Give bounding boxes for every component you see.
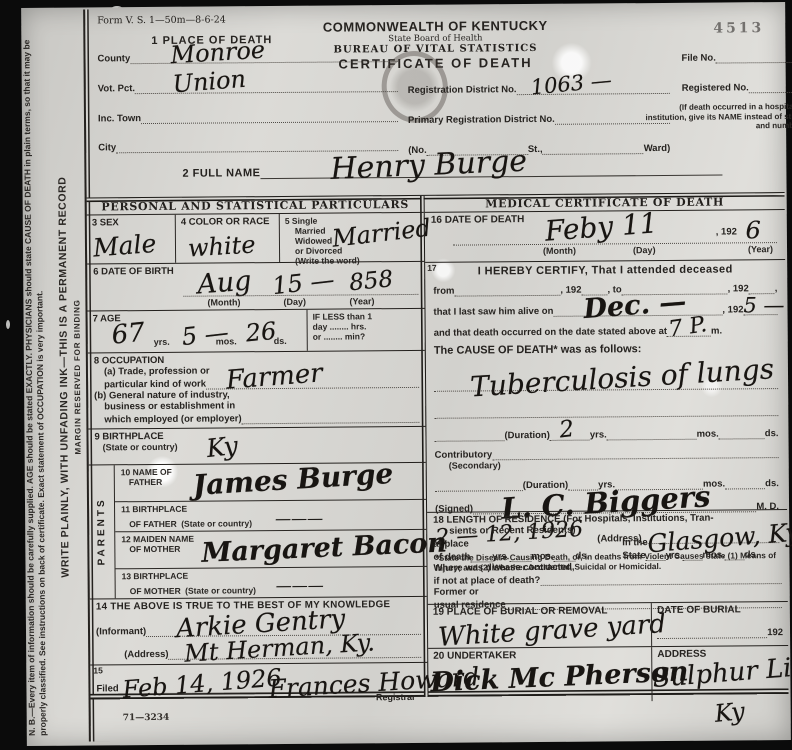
burial-title: 19 PLACE OF BURIAL OR REMOVAL <box>433 605 646 618</box>
informant-address-label: (Address) <box>124 649 168 660</box>
sex-race-marital-row: 3 SEX Male 4 COLOR OR RACE white 5 Singl… <box>87 213 424 265</box>
file-no-line <box>716 50 792 64</box>
occupation-a-line2: particular kind of work <box>104 379 206 391</box>
mother-birthplace-row: 13 BIRTHPLACE OF MOTHER (State or countr… <box>116 567 427 599</box>
parents-section: PARENTS 10 NAME OF FATHER James Burge 11… <box>89 463 427 600</box>
state-ds-label: ds. <box>745 549 759 560</box>
certify-to-line <box>622 281 728 295</box>
registration-district-line: 1063 — <box>516 81 669 95</box>
state-yrs-label: yrs. <box>666 550 683 561</box>
duration-mos-label: mos. <box>697 429 719 440</box>
particulars-table: PERSONAL AND STATISTICAL PARTICULARS 3 S… <box>87 192 789 699</box>
duration-label: (Duration) <box>504 430 549 441</box>
street-ward-label: Ward) <box>644 143 671 154</box>
vot-pct-handwritten-value: Union <box>172 67 247 97</box>
duration2-yrs-label: yrs. <box>598 479 615 490</box>
dod-year-print: , 192 <box>716 226 737 237</box>
dod-sub-month: (Month) <box>543 246 576 256</box>
place-of-death-title: 1 PLACE OF DEATH <box>151 34 272 47</box>
burial-date-label: DATE OF BURIAL <box>657 604 783 616</box>
res-yrs-label: yrs. <box>492 551 509 562</box>
attest-title: 14 THE ABOVE IS TRUE TO THE BEST OF MY K… <box>96 599 421 613</box>
registered-no-line <box>749 80 792 93</box>
primary-district-label: Primary Registration District No. <box>408 114 555 126</box>
full-name-line: Henry Burge <box>260 163 722 180</box>
informant-label: (Informant) <box>96 626 146 637</box>
father-name-row: 10 NAME OF FATHER James Burge <box>115 463 426 502</box>
res-yrs-line <box>470 549 492 562</box>
birthplace-sub-label: (State or country) <box>95 440 420 453</box>
vot-pct-label: Vot. Pct. <box>98 83 135 94</box>
scan-speck <box>6 320 10 329</box>
occurred-time-handwritten: 7 P. <box>668 314 709 341</box>
occurred-time-line: 7 P. <box>667 324 711 337</box>
mother-name-row: 12 MAIDEN NAME OF MOTHER Margaret Bacon <box>115 530 426 569</box>
father-bp-label2: OF FATHER <box>121 519 177 529</box>
duration-years-line: 2 <box>550 428 590 441</box>
scanned-photo-frame: N. B.—Every item of information should b… <box>0 0 792 750</box>
dob-sub-year: (Year) <box>349 296 374 306</box>
city-line <box>116 138 398 153</box>
age-ds-label: ds. <box>274 336 287 346</box>
secondary-label: (Secondary) <box>435 458 779 471</box>
res-mos-line <box>509 549 531 562</box>
res-ds-label: ds. <box>575 551 589 562</box>
cause-handwritten-value: Tuberculosis of lungs <box>469 355 774 401</box>
duration2-ds-line <box>725 476 765 489</box>
commonwealth-title: COMMONWEALTH OF KENTUCKY <box>295 18 575 35</box>
duration2-mos-line <box>615 477 703 491</box>
dob-label: 6 DATE OF BIRTH <box>93 264 418 278</box>
state-mos-label: mos. <box>702 550 724 561</box>
residence-section: 18 LENGTH OF RESIDENCE (For Hospitals, I… <box>427 510 788 605</box>
mother-bp-label3: (State or country) <box>185 585 256 596</box>
race-label: 4 COLOR OR RACE <box>181 216 274 228</box>
certify-192a: , 192 <box>560 285 581 296</box>
form-header: Form V. S. 1—50m—8-6-24 COMMONWEALTH OF … <box>85 4 784 197</box>
street-no-line <box>427 142 528 156</box>
state-mos-line <box>682 548 702 561</box>
last-saw-year-handwritten: 5 — <box>743 295 784 316</box>
birthplace-row: 9 BIRTHPLACE (State or country) Ky <box>88 427 425 466</box>
last-saw-year-print: , 192 <box>722 304 743 315</box>
file-no-label: File No. <box>681 53 715 64</box>
dod-sub-year: (Year) <box>748 244 773 254</box>
binding-margin: N. B.—Every item of information should b… <box>21 8 89 746</box>
parents-label-text: PARENTS <box>96 498 108 566</box>
father-bp-handwritten: ——— <box>275 511 323 527</box>
cause-line1: Tuberculosis of lungs <box>434 376 778 392</box>
state-label: State <box>622 550 645 561</box>
filed-line: Feb 14, 1926 Frances Howard <box>119 679 422 694</box>
occurred-m-label: m. <box>711 326 722 337</box>
duration2-ds-label: ds. <box>765 478 779 489</box>
form-code: Form V. S. 1—50m—8-6-24 <box>97 14 226 26</box>
registration-district-handwritten-value: 1063 — <box>530 70 613 99</box>
occupation-b-line3: which employed (or employer) <box>104 413 241 425</box>
inc-town-label: Inc. Town <box>98 113 141 124</box>
print-order-number: 71—3234 <box>123 713 170 723</box>
mother-bp-label2: OF MOTHER <box>122 586 181 596</box>
undertaker-address-state-handwritten: Ky <box>714 699 746 726</box>
certify-from-line <box>454 283 560 297</box>
informant-address-line: Mt Herman, Ky. <box>168 645 421 660</box>
residence-title-line2: sients or Recent Residents) <box>433 523 781 537</box>
burial-row: 19 PLACE OF BURIAL OR REMOVAL White grav… <box>428 602 788 649</box>
margin-nb-note: N. B.—Every item of information should b… <box>21 8 61 746</box>
cause-of-death-label: The CAUSE OF DEATH* was as follows: <box>434 342 778 357</box>
informant-line: Arkie Gentry <box>146 622 421 637</box>
res-ds-line <box>553 549 575 562</box>
sex-label: 3 SEX <box>92 217 170 229</box>
duration2-mos-label: mos. <box>703 478 725 489</box>
contributory-label: Contributory <box>435 449 493 460</box>
filed-label: Filed <box>96 683 118 694</box>
duration-ds-label: ds. <box>765 428 779 439</box>
certificate-form: Form V. S. 1—50m—8-6-24 COMMONWEALTH OF … <box>83 4 789 741</box>
informant-section: 14 THE ABOVE IS TRUE TO THE BEST OF MY K… <box>90 597 428 666</box>
death-certificate-document: N. B.—Every item of information should b… <box>21 2 791 746</box>
if-not-line <box>540 571 781 586</box>
of-death-label: of death <box>433 552 470 563</box>
certify-comma: , <box>775 283 778 294</box>
duration-years-handwritten: 2 <box>559 418 576 442</box>
last-saw-line: Dec. — <box>553 303 722 317</box>
father-bp-label3: (State or country) <box>181 518 252 529</box>
form-footer-zone: 71—3234 Ky <box>91 696 789 741</box>
undertaker-row: 20 UNDERTAKER Dick Mc Pherson ADDRESS Su… <box>428 646 788 703</box>
full-name-label: 2 FULL NAME <box>182 167 260 180</box>
duration2-years-line <box>568 477 598 490</box>
state-yrs-line <box>646 548 666 561</box>
certify-192b: , 192 <box>728 283 749 294</box>
burial-date-192: 192 <box>767 627 783 638</box>
age-row: 7 AGE 67 yrs. 5 — mos. 26 ds. IF LESS th… <box>87 309 424 354</box>
street-no-label: (No. <box>408 145 427 156</box>
contributory-line <box>492 445 779 460</box>
cause-line2 <box>434 403 778 419</box>
certify-192b-line <box>749 281 775 294</box>
mother-bp-handwritten: ——— <box>276 578 324 594</box>
dod-sub-day: (Day) <box>633 245 656 255</box>
dod-label: 16 DATE OF DEATH <box>431 212 779 226</box>
certify-statement: I HEREBY CERTIFY, That I attended deceas… <box>433 263 777 278</box>
occurred-label: and that death occurred on the date stat… <box>434 326 667 339</box>
street-st-label: St., <box>528 144 543 155</box>
res-mos-label: mos. <box>531 551 553 562</box>
duration2-lead-line <box>435 478 523 492</box>
dob-sub-month: (Month) <box>207 297 240 307</box>
personal-column: PERSONAL AND STATISTICAL PARTICULARS 3 S… <box>87 196 429 700</box>
registered-no-label: Registered No. <box>682 82 749 94</box>
hospital-note: (If death occurred in a hospital or inst… <box>638 102 792 132</box>
last-saw-year-line: 5 — <box>743 302 777 315</box>
certify-number: 17 <box>427 263 437 273</box>
city-label: City <box>98 142 116 153</box>
date-of-birth-row: 6 DATE OF BIRTH Aug 15 — 858 (Month) (Da… <box>87 262 424 312</box>
occupation-b-line <box>242 410 420 424</box>
mother-name-label2: OF MOTHER <box>121 542 420 554</box>
age-yrs-label: yrs. <box>154 337 170 347</box>
undertaker-address-label: ADDRESS <box>657 648 783 660</box>
age-mos-label: mos. <box>216 336 237 346</box>
if-not-label: if not at place of death? <box>434 575 541 587</box>
duration2-label: (Duration) <box>523 480 568 491</box>
county-label: County <box>97 53 130 64</box>
father-bp-label1: 11 BIRTHPLACE <box>121 502 420 514</box>
parents-vertical-label: PARENTS <box>89 465 116 598</box>
undertaker-handwritten: Dick Mc Pherson <box>430 658 689 696</box>
occupation-a-line: Farmer <box>206 375 419 390</box>
certification-section: 17 I HEREBY CERTIFY, That I attended dec… <box>425 260 787 513</box>
dob-sub-day: (Day) <box>283 297 306 307</box>
occupation-row: 8 OCCUPATION (a) Trade, profession or pa… <box>88 351 426 430</box>
certify-from-label: from <box>433 286 454 297</box>
certify-192a-line <box>581 282 607 295</box>
burial-date-line <box>657 625 767 639</box>
date-of-death-row: 16 DATE OF DEATH Feby 11 , 192 6 (Month)… <box>425 210 785 263</box>
if-less-line3: or ........ min? <box>313 331 420 342</box>
duration-lead-line <box>434 428 504 442</box>
duration-mos-line <box>607 427 697 441</box>
duration-ds-line <box>719 426 765 439</box>
sex-handwritten-value: Male <box>92 231 157 261</box>
county-line: Monroe <box>130 49 397 64</box>
father-birthplace-row: 11 BIRTHPLACE OF FATHER (State or countr… <box>115 500 426 532</box>
filed-number: 15 <box>93 665 103 675</box>
duration-yrs-label: yrs. <box>590 429 607 440</box>
registration-district-label: Registration District No. <box>408 84 517 96</box>
inc-town-line <box>141 109 398 124</box>
file-number-stamp: 4513 <box>713 20 764 36</box>
vot-pct-line: Union <box>135 79 398 94</box>
certify-to-label: , to <box>607 284 621 295</box>
state-ds-line <box>725 547 745 560</box>
street-line2 <box>543 141 644 155</box>
mother-bp-label1: 13 BIRTHPLACE <box>122 569 421 581</box>
age-label: 7 AGE <box>93 312 302 325</box>
last-saw-label: that I last saw him alive on <box>433 306 553 318</box>
medical-column: MEDICAL CERTIFICATE OF DEATH 16 DATE OF … <box>425 193 789 697</box>
undertaker-title: 20 UNDERTAKER <box>433 649 646 662</box>
race-handwritten-value: white <box>187 232 256 260</box>
